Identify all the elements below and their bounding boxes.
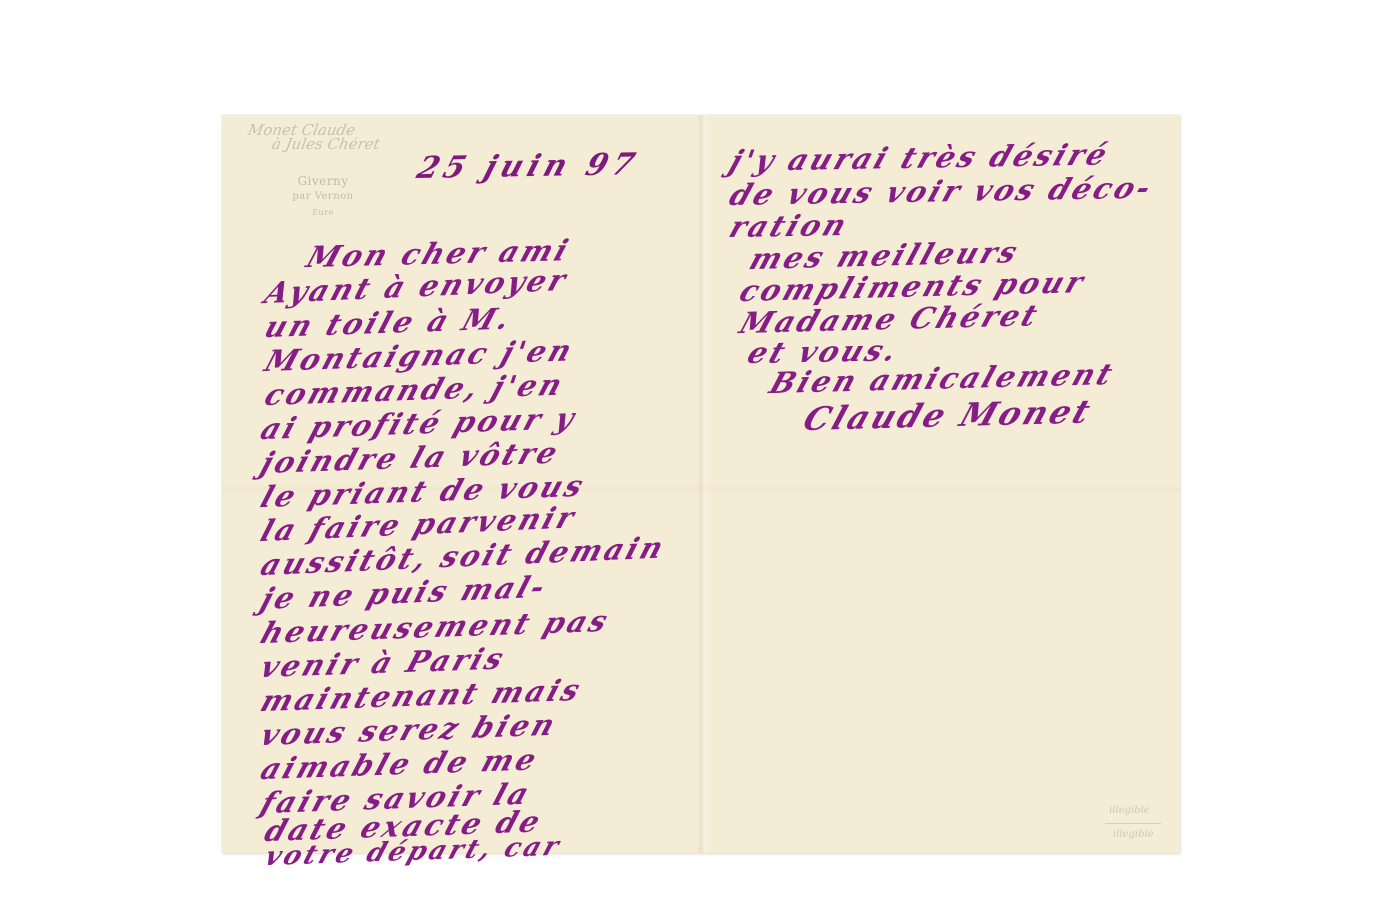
letter-sheet: Monet Claude à Jules Chéret Giverny par … [222, 115, 1180, 853]
pencil-mark-lower: illegible [1113, 829, 1154, 841]
pencil-underline [1105, 823, 1161, 824]
signature: Claude Monet [800, 395, 1097, 435]
archival-note-line-2: à Jules Chéret [271, 137, 381, 152]
right-page: j'y aurai très désiré de vous voir vos d… [701, 115, 1180, 853]
letterhead-via: par Vernon [278, 189, 368, 205]
pencil-mark-upper: illegible [1109, 805, 1150, 817]
right-line-1: j'y aurai très désiré [725, 138, 1114, 177]
left-page: Monet Claude à Jules Chéret Giverny par … [222, 115, 701, 853]
right-line-2: de vous voir vos déco- [725, 172, 1158, 212]
letterhead-department: Eure [278, 205, 368, 221]
letterhead-town: Giverny [278, 173, 368, 189]
letter-date: 25 juin 97 [413, 149, 643, 185]
letterhead: Giverny par Vernon Eure [278, 173, 368, 221]
image-stage: Monet Claude à Jules Chéret Giverny par … [0, 0, 1382, 922]
right-line-3: ration [725, 209, 853, 243]
